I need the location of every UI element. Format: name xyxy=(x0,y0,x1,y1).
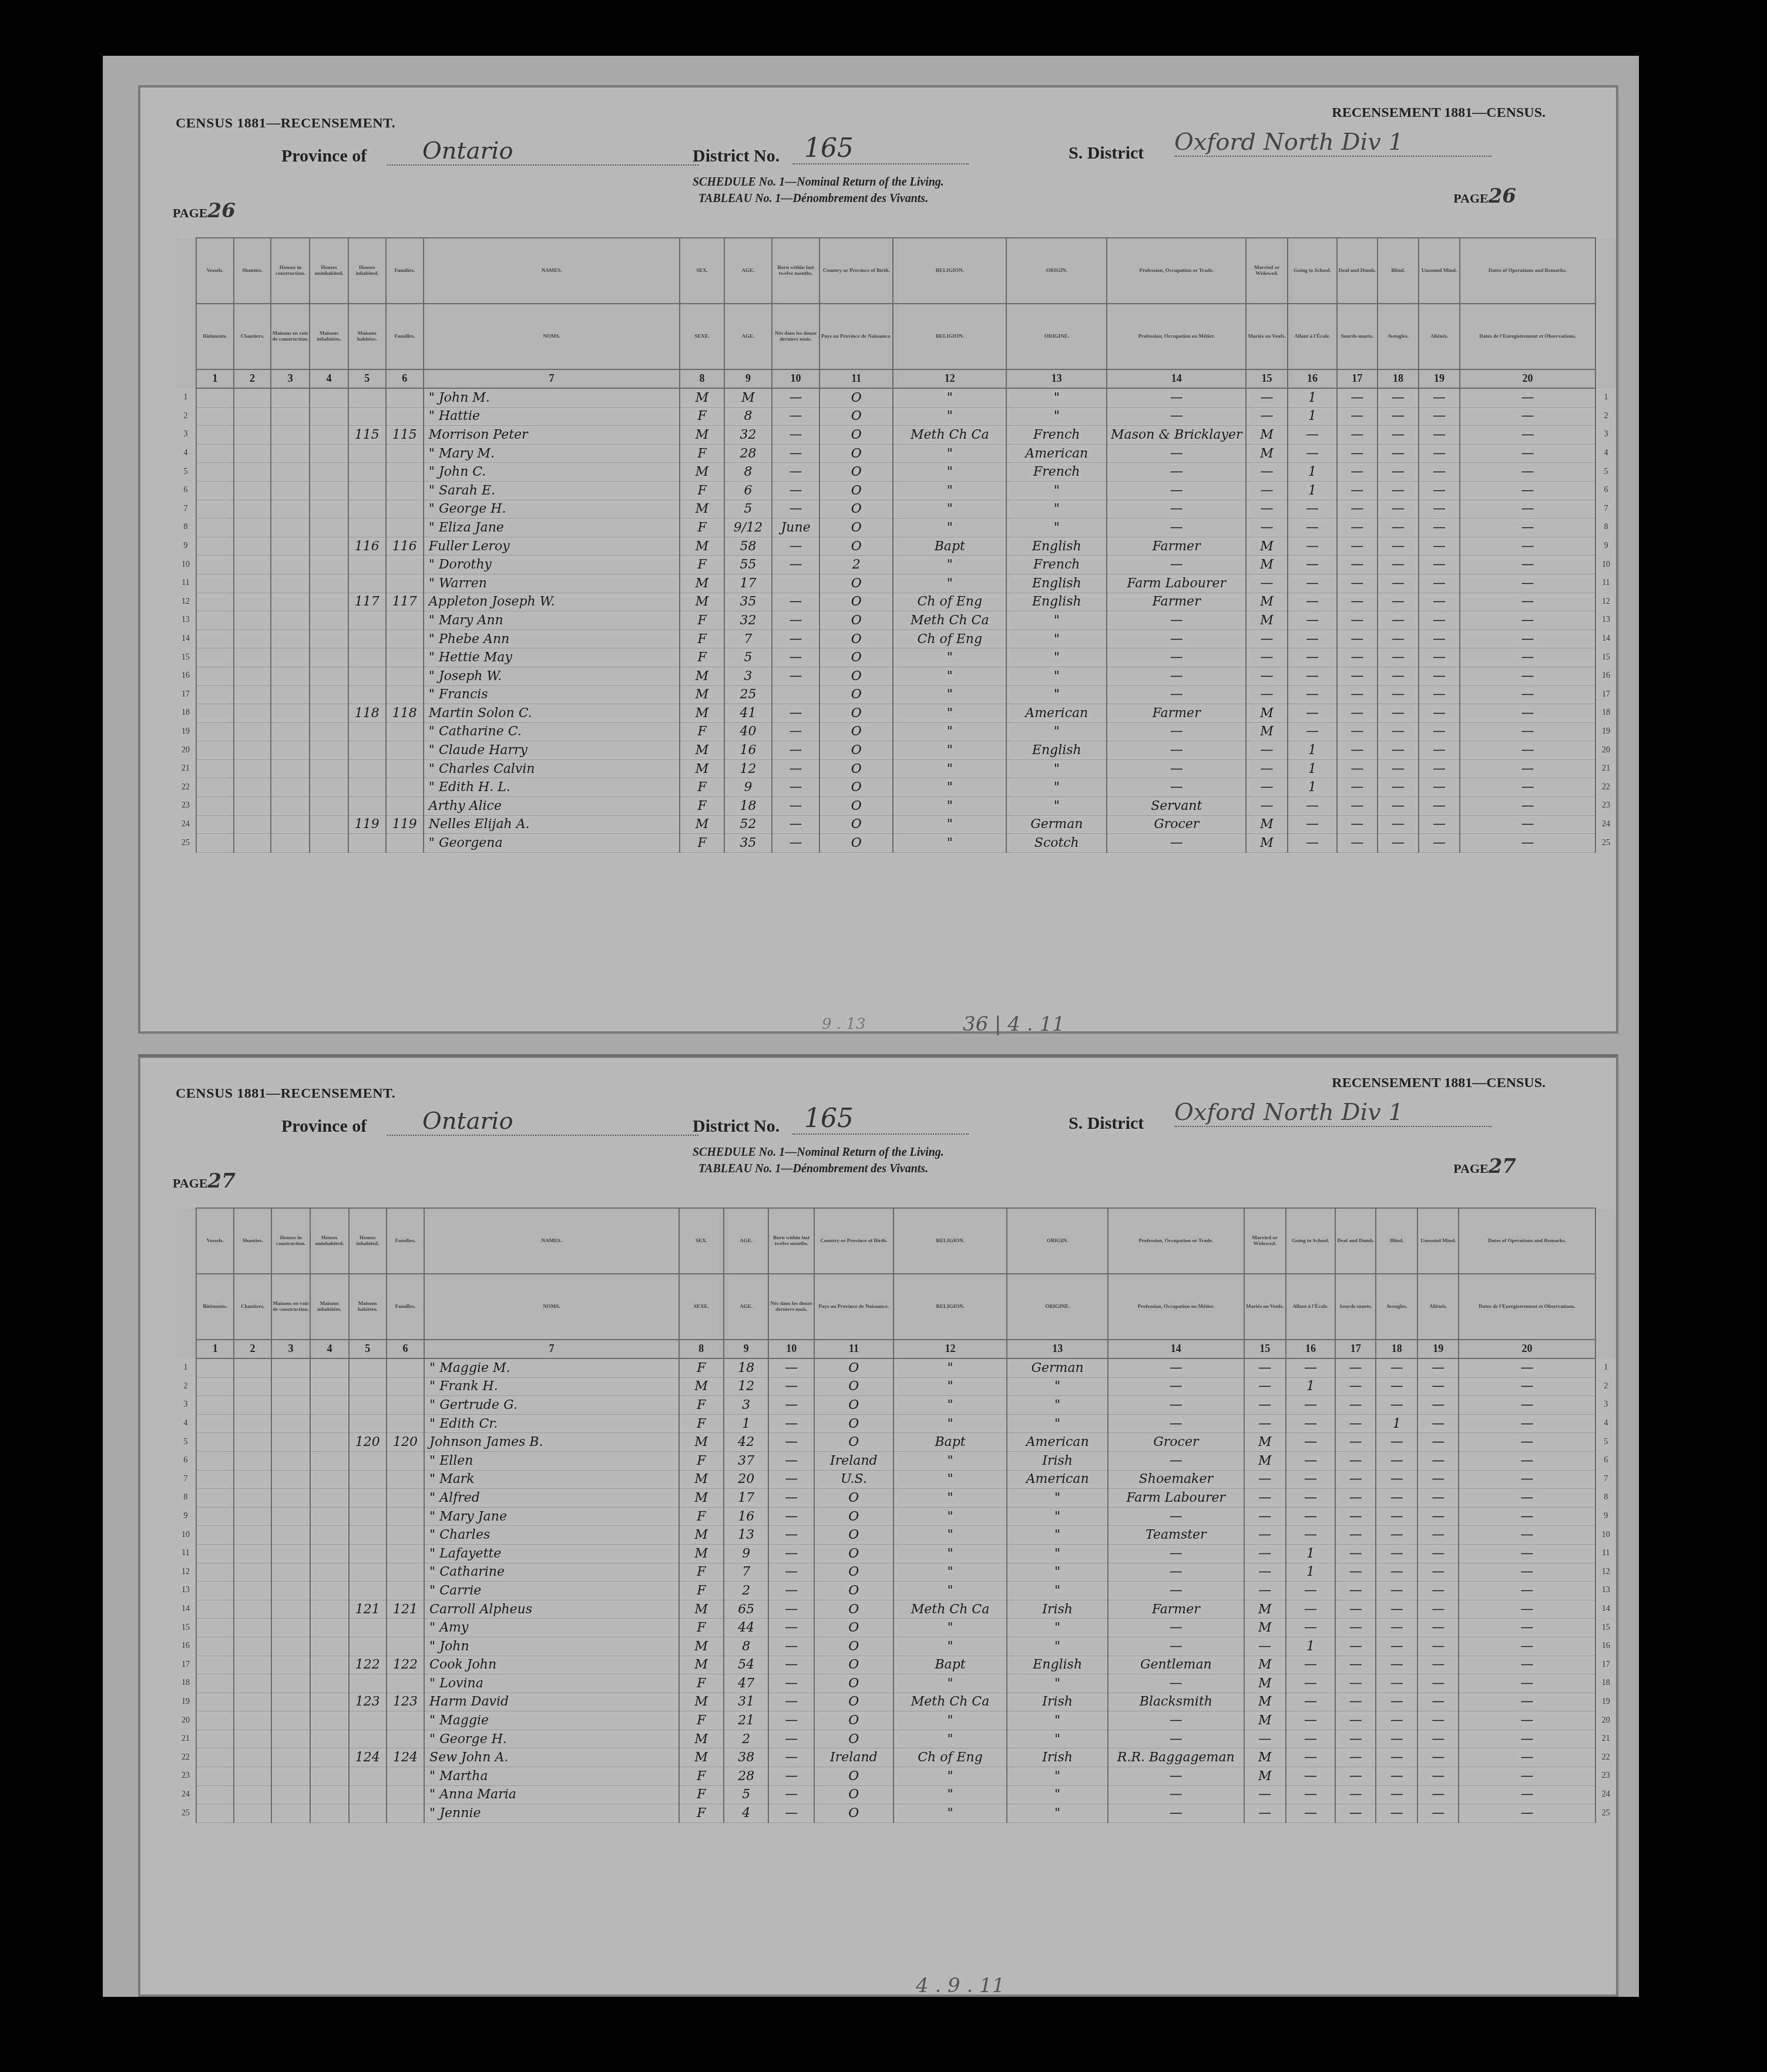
empty-cell xyxy=(310,1470,349,1489)
cell-religion: " xyxy=(893,1414,1007,1433)
table-row: 8" AlfredM17—O""Farm Labourer——————8 xyxy=(176,1489,1616,1508)
column-number-14: 14 xyxy=(1108,1340,1244,1358)
cell-origin: " xyxy=(1006,778,1107,797)
cell-sex: F xyxy=(679,1358,724,1377)
cell-family: 124 xyxy=(387,1748,424,1767)
cell-married: — xyxy=(1244,1377,1286,1396)
line-number-right: 11 xyxy=(1595,1544,1616,1563)
cell-born: — xyxy=(772,556,819,574)
empty-cell xyxy=(196,1767,234,1786)
tally-note: 4 . 9 . 11 xyxy=(916,1974,1005,1997)
cell-born: — xyxy=(768,1396,814,1415)
column-header-fr-2: Chantiers. xyxy=(234,1274,271,1340)
cell-unsound: — xyxy=(1417,1711,1459,1730)
cell-unsound: — xyxy=(1417,1582,1459,1600)
line-number: 14 xyxy=(176,1600,196,1619)
line-number: 10 xyxy=(176,556,196,574)
column-header-10: Born within last twelve months. xyxy=(768,1208,814,1274)
column-header-fr-8: SEXE. xyxy=(680,304,724,369)
cell-family xyxy=(386,388,424,407)
empty-cell xyxy=(310,519,348,537)
cell-born xyxy=(772,685,819,704)
cell-family: 123 xyxy=(387,1693,424,1711)
cell-house xyxy=(348,500,386,519)
cell-religion: " xyxy=(893,1767,1007,1786)
table-row: 3115115Morrison PeterM32—OMeth Ch CaFren… xyxy=(176,426,1616,445)
cell-blind: — xyxy=(1378,722,1419,741)
table-row: 12117117Appleton Joseph W.M35—OCh of Eng… xyxy=(176,593,1616,611)
empty-cell xyxy=(234,519,271,537)
cell-age: 16 xyxy=(724,741,772,760)
cell-sex: M xyxy=(680,704,724,723)
cell-age: 9 xyxy=(724,1544,769,1563)
column-number-17: 17 xyxy=(1335,1340,1376,1358)
cell-deaf: — xyxy=(1337,778,1378,797)
cell-age: 28 xyxy=(724,1767,769,1786)
line-number: 4 xyxy=(176,444,196,463)
cell-born: — xyxy=(768,1470,814,1489)
cell-birth: O xyxy=(814,1377,893,1396)
cell-sex: M xyxy=(680,388,724,407)
cell-age: 8 xyxy=(724,407,772,426)
cell-house xyxy=(349,1451,387,1470)
cell-house: 121 xyxy=(349,1600,387,1619)
cell-born: — xyxy=(772,797,819,816)
cell-religion: " xyxy=(893,1674,1007,1693)
cell-age: 12 xyxy=(724,759,772,778)
cell-deaf: — xyxy=(1337,481,1378,500)
cell-name: " Mary M. xyxy=(424,444,680,463)
cell-family xyxy=(386,407,424,426)
line-number-right: 12 xyxy=(1595,1563,1616,1582)
cell-occupation: — xyxy=(1108,1767,1244,1786)
empty-cell xyxy=(271,1563,310,1582)
cell-deaf: — xyxy=(1335,1544,1376,1563)
empty-cell xyxy=(310,426,348,445)
column-header-9: AGE. xyxy=(724,238,772,304)
cell-age: 65 xyxy=(724,1600,769,1619)
sub-district-label: S. District xyxy=(1069,143,1144,163)
cell-birth: O xyxy=(819,426,893,445)
cell-origin: " xyxy=(1007,1785,1108,1804)
cell-born: — xyxy=(772,648,819,667)
cell-school: — xyxy=(1286,1730,1335,1748)
empty-cell xyxy=(196,1582,234,1600)
cell-religion: " xyxy=(893,1451,1007,1470)
cell-house xyxy=(349,1470,387,1489)
column-number-6: 6 xyxy=(387,1340,424,1358)
cell-remarks: — xyxy=(1459,1563,1595,1582)
cell-unsound: — xyxy=(1419,759,1460,778)
cell-age: 7 xyxy=(724,1563,769,1582)
cell-married: — xyxy=(1244,1582,1286,1600)
cell-occupation: — xyxy=(1107,667,1246,685)
line-number: 24 xyxy=(176,815,196,834)
empty-cell xyxy=(234,722,271,741)
cell-born: — xyxy=(768,1619,814,1637)
empty-cell xyxy=(310,1656,349,1674)
cell-house xyxy=(348,648,386,667)
cell-birth: O xyxy=(814,1544,893,1563)
cell-remarks: — xyxy=(1459,1433,1595,1452)
table-row: 8" Eliza JaneF9/12JuneO""———————8 xyxy=(176,519,1616,537)
cell-school: — xyxy=(1286,1748,1335,1767)
column-header-20: Dates of Operations and Remarks. xyxy=(1460,238,1595,304)
cell-remarks: — xyxy=(1460,834,1595,853)
cell-sex: F xyxy=(680,834,724,853)
empty-cell xyxy=(310,1377,349,1396)
cell-house xyxy=(349,1619,387,1637)
cell-school: — xyxy=(1288,630,1337,648)
cell-married: — xyxy=(1244,1730,1286,1748)
line-number: 8 xyxy=(176,1489,196,1508)
cell-married: M xyxy=(1244,1748,1286,1767)
column-header-18: Blind. xyxy=(1376,1208,1417,1274)
empty-cell xyxy=(310,797,348,816)
cell-married: M xyxy=(1244,1600,1286,1619)
cell-occupation: — xyxy=(1107,444,1246,463)
cell-school: — xyxy=(1286,1767,1335,1786)
cell-sex: F xyxy=(679,1396,724,1415)
cell-blind: — xyxy=(1378,500,1419,519)
cell-married: — xyxy=(1244,1804,1286,1823)
line-number-right: 11 xyxy=(1595,574,1616,593)
page-number-left: PAGE27 xyxy=(173,1169,236,1193)
cell-school: — xyxy=(1288,685,1337,704)
column-header-fr-12: RELIGION. xyxy=(893,304,1006,369)
column-number-4: 4 xyxy=(310,369,348,388)
cell-religion: " xyxy=(893,722,1006,741)
column-number-6: 6 xyxy=(386,369,424,388)
cell-deaf: — xyxy=(1337,556,1378,574)
cell-birth: O xyxy=(819,759,893,778)
cell-religion: " xyxy=(893,1396,1007,1415)
empty-cell xyxy=(196,574,234,593)
schedule-title: SCHEDULE No. 1—Nominal Return of the Liv… xyxy=(693,1146,944,1159)
cell-blind: — xyxy=(1378,630,1419,648)
line-number: 9 xyxy=(176,1507,196,1526)
cell-sex: M xyxy=(680,759,724,778)
cell-origin: " xyxy=(1006,519,1107,537)
cell-name: Harm David xyxy=(424,1693,679,1711)
cell-age: 32 xyxy=(724,611,772,630)
cell-religion: " xyxy=(893,1526,1007,1545)
cell-origin: " xyxy=(1006,667,1107,685)
cell-unsound: — xyxy=(1419,741,1460,760)
cell-deaf: — xyxy=(1337,426,1378,445)
empty-cell xyxy=(310,759,348,778)
empty-cell xyxy=(196,741,234,760)
cell-religion: " xyxy=(893,1489,1007,1508)
empty-cell xyxy=(271,500,310,519)
cell-blind: — xyxy=(1376,1433,1417,1452)
cell-origin: German xyxy=(1007,1358,1108,1377)
cell-house xyxy=(349,1785,387,1804)
cell-sex: F xyxy=(679,1804,724,1823)
cell-school: — xyxy=(1288,556,1337,574)
cell-religion: " xyxy=(893,574,1006,593)
cell-married: M xyxy=(1246,426,1288,445)
cell-deaf: — xyxy=(1337,593,1378,611)
column-number-10: 10 xyxy=(768,1340,814,1358)
cell-origin: " xyxy=(1007,1619,1108,1637)
cell-family xyxy=(386,685,424,704)
cell-born: — xyxy=(768,1451,814,1470)
cell-married: — xyxy=(1246,667,1288,685)
cell-married: — xyxy=(1246,685,1288,704)
cell-occupation: — xyxy=(1107,630,1246,648)
cell-birth: O xyxy=(819,815,893,834)
column-header-6: Families. xyxy=(386,238,424,304)
cell-married: — xyxy=(1246,388,1288,407)
cell-born: — xyxy=(772,481,819,500)
census-table: Vessels.Shanties.Houses in construction.… xyxy=(176,1207,1616,1823)
cell-age: 7 xyxy=(724,630,772,648)
cell-remarks: — xyxy=(1460,556,1595,574)
empty-cell xyxy=(271,648,310,667)
column-header-fr-8: SEXE. xyxy=(679,1274,724,1340)
cell-unsound: — xyxy=(1419,778,1460,797)
cell-unsound: — xyxy=(1419,667,1460,685)
empty-cell xyxy=(271,481,310,500)
cell-age: 21 xyxy=(724,1711,769,1730)
page-number-left: PAGE26 xyxy=(173,199,236,223)
column-header-4: Houses uninhabited. xyxy=(310,238,348,304)
cell-married: — xyxy=(1244,1563,1286,1582)
cell-married: — xyxy=(1246,648,1288,667)
cell-unsound: — xyxy=(1419,704,1460,723)
empty-cell xyxy=(196,500,234,519)
cell-origin: " xyxy=(1007,1563,1108,1582)
cell-religion: " xyxy=(893,1563,1007,1582)
cell-remarks: — xyxy=(1460,741,1595,760)
cell-born: — xyxy=(768,1674,814,1693)
cell-birth: O xyxy=(819,611,893,630)
column-header-4: Houses uninhabited. xyxy=(310,1208,349,1274)
cell-house xyxy=(348,741,386,760)
empty-cell xyxy=(196,1414,234,1433)
cell-age: 32 xyxy=(724,426,772,445)
cell-remarks: — xyxy=(1459,1489,1595,1508)
line-number: 12 xyxy=(176,1563,196,1582)
cell-religion: Bapt xyxy=(893,1656,1007,1674)
cell-birth: O xyxy=(814,1767,893,1786)
column-header-fr-1: Bâtiments. xyxy=(196,1274,234,1340)
table-row: 6" Sarah E.F6—O""——1————6 xyxy=(176,481,1616,500)
empty-cell xyxy=(310,1396,349,1415)
cell-birth: O xyxy=(819,574,893,593)
cell-sex: F xyxy=(680,722,724,741)
empty-cell xyxy=(196,1377,234,1396)
empty-cell xyxy=(310,611,348,630)
cell-unsound: — xyxy=(1417,1526,1459,1545)
cell-birth: U.S. xyxy=(814,1470,893,1489)
cell-born: — xyxy=(772,834,819,853)
district-label: District No. xyxy=(693,1116,780,1136)
cell-origin: American xyxy=(1007,1470,1108,1489)
cell-remarks: — xyxy=(1459,1748,1595,1767)
sub-district-label: S. District xyxy=(1069,1114,1144,1133)
column-number-9: 9 xyxy=(724,1340,769,1358)
cell-married: — xyxy=(1244,1544,1286,1563)
cell-name: Nelles Elijah A. xyxy=(424,815,680,834)
cell-age: 40 xyxy=(724,722,772,741)
line-number-right: 24 xyxy=(1595,1785,1616,1804)
district-number: 165 xyxy=(792,1104,969,1135)
cell-remarks: — xyxy=(1460,648,1595,667)
empty-cell xyxy=(310,685,348,704)
cell-name: " Lovina xyxy=(424,1674,679,1693)
empty-cell xyxy=(271,834,310,853)
cell-origin: Irish xyxy=(1007,1451,1108,1470)
empty-cell xyxy=(310,388,348,407)
cell-occupation: — xyxy=(1107,388,1246,407)
cell-sex: F xyxy=(679,1582,724,1600)
province-label: Province of xyxy=(281,146,367,166)
cell-remarks: — xyxy=(1460,630,1595,648)
cell-house: 123 xyxy=(349,1693,387,1711)
column-number-3: 3 xyxy=(271,1340,310,1358)
cell-married: M xyxy=(1244,1767,1286,1786)
cell-origin: " xyxy=(1007,1637,1108,1656)
cell-remarks: — xyxy=(1459,1730,1595,1748)
cell-remarks: — xyxy=(1460,759,1595,778)
column-header-fr-7: NOMS. xyxy=(424,304,680,369)
empty-cell xyxy=(234,1600,271,1619)
empty-cell xyxy=(196,1358,234,1377)
cell-occupation: Teamster xyxy=(1108,1526,1244,1545)
cell-origin: American xyxy=(1007,1433,1108,1452)
cell-sex: M xyxy=(679,1656,724,1674)
cell-house xyxy=(349,1767,387,1786)
cell-married: — xyxy=(1244,1637,1286,1656)
empty-cell xyxy=(310,704,348,723)
cell-origin: " xyxy=(1006,481,1107,500)
cell-religion: Bapt xyxy=(893,1433,1007,1452)
cell-sex: F xyxy=(680,481,724,500)
cell-birth: O xyxy=(819,722,893,741)
cell-occupation: Servant xyxy=(1107,797,1246,816)
column-number-3: 3 xyxy=(271,369,310,388)
line-number: 23 xyxy=(176,797,196,816)
empty-cell xyxy=(271,463,310,482)
cell-origin: " xyxy=(1006,797,1107,816)
cell-family xyxy=(387,1396,424,1415)
line-number-right: 17 xyxy=(1595,1656,1616,1674)
cell-house xyxy=(349,1544,387,1563)
empty-cell xyxy=(271,1804,310,1823)
cell-age: 38 xyxy=(724,1748,769,1767)
cell-house xyxy=(348,759,386,778)
column-header-13: ORIGIN. xyxy=(1006,238,1107,304)
table-row: 9" Mary JaneF16—O""———————9 xyxy=(176,1507,1616,1526)
cell-born: — xyxy=(768,1656,814,1674)
province-value: Ontario xyxy=(387,137,698,166)
cell-family xyxy=(386,574,424,593)
column-number-10: 10 xyxy=(772,369,819,388)
column-header-16: Going to School. xyxy=(1288,238,1337,304)
cell-deaf: — xyxy=(1335,1433,1376,1452)
cell-remarks: — xyxy=(1460,815,1595,834)
cell-family: 121 xyxy=(387,1600,424,1619)
empty-cell xyxy=(196,778,234,797)
cell-religion: " xyxy=(893,1358,1007,1377)
empty-cell xyxy=(234,556,271,574)
cell-religion: Bapt xyxy=(893,537,1006,556)
cell-birth: Ireland xyxy=(814,1748,893,1767)
empty-cell xyxy=(310,722,348,741)
table-row: 2" HattieF8—O""——1————2 xyxy=(176,407,1616,426)
empty-cell xyxy=(271,426,310,445)
cell-school: — xyxy=(1286,1711,1335,1730)
cell-deaf: — xyxy=(1337,611,1378,630)
cell-name: " George H. xyxy=(424,1730,679,1748)
empty-cell xyxy=(234,1582,271,1600)
cell-family: 122 xyxy=(387,1656,424,1674)
empty-cell xyxy=(271,1396,310,1415)
column-number-12: 12 xyxy=(893,1340,1007,1358)
empty-cell xyxy=(196,611,234,630)
table-row: 15" Hettie MayF5—O""———————15 xyxy=(176,648,1616,667)
cell-house xyxy=(348,444,386,463)
cell-house xyxy=(348,407,386,426)
cell-birth: O xyxy=(814,1526,893,1545)
cell-occupation: — xyxy=(1107,834,1246,853)
line-number-right: 15 xyxy=(1595,648,1616,667)
line-number: 11 xyxy=(176,1544,196,1563)
cell-origin: Irish xyxy=(1007,1748,1108,1767)
cell-family xyxy=(386,519,424,537)
cell-married: M xyxy=(1246,704,1288,723)
table-row: 24119119Nelles Elijah A.M52—O"GermanGroc… xyxy=(176,815,1616,834)
cell-remarks: — xyxy=(1459,1544,1595,1563)
census-header-right: RECENSEMENT 1881—CENSUS. xyxy=(1332,1075,1546,1091)
table-row: 7" George H.M5—O""———————7 xyxy=(176,500,1616,519)
cell-religion: " xyxy=(893,1507,1007,1526)
line-number: 25 xyxy=(176,1804,196,1823)
cell-origin: " xyxy=(1007,1489,1108,1508)
empty-cell xyxy=(196,797,234,816)
cell-religion: " xyxy=(893,667,1006,685)
cell-sex: M xyxy=(679,1748,724,1767)
cell-religion: " xyxy=(893,1711,1007,1730)
cell-deaf: — xyxy=(1335,1414,1376,1433)
cell-deaf: — xyxy=(1337,759,1378,778)
cell-married: M xyxy=(1246,444,1288,463)
cell-deaf: — xyxy=(1337,667,1378,685)
cell-remarks: — xyxy=(1459,1358,1595,1377)
cell-school: — xyxy=(1286,1433,1335,1452)
cell-name: " Edith H. L. xyxy=(424,778,680,797)
cell-age: 28 xyxy=(724,444,772,463)
cell-house xyxy=(348,834,386,853)
cell-family xyxy=(387,1767,424,1786)
cell-occupation: — xyxy=(1107,500,1246,519)
cell-family xyxy=(387,1785,424,1804)
table-row: 17" FrancisM25O""———————17 xyxy=(176,685,1616,704)
empty-cell xyxy=(234,1544,271,1563)
column-header-6: Families. xyxy=(387,1208,424,1274)
cell-deaf: — xyxy=(1335,1619,1376,1637)
line-number: 20 xyxy=(176,741,196,760)
cell-school: — xyxy=(1286,1693,1335,1711)
line-number-right: 6 xyxy=(1595,1451,1616,1470)
cell-blind: — xyxy=(1378,463,1419,482)
line-number: 3 xyxy=(176,426,196,445)
cell-deaf: — xyxy=(1337,500,1378,519)
cell-birth: O xyxy=(814,1693,893,1711)
cell-house xyxy=(348,667,386,685)
